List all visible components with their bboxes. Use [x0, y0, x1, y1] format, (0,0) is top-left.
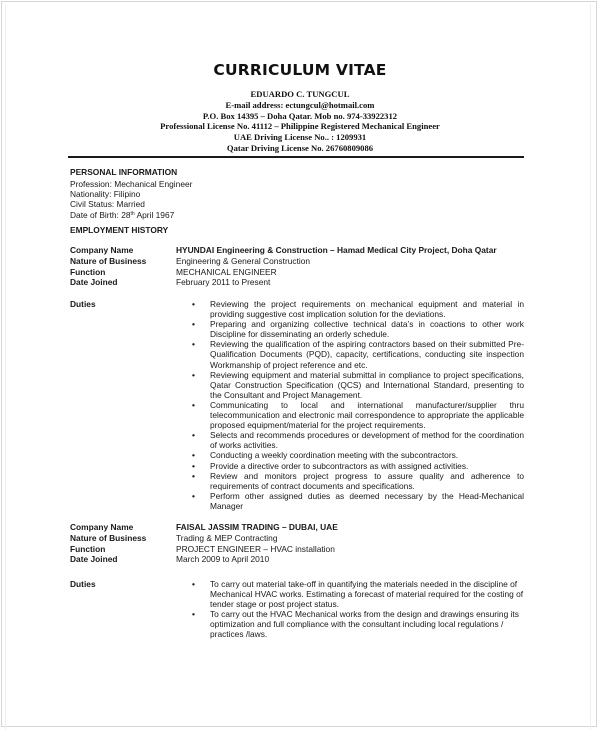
duties-label: Duties: [70, 579, 96, 589]
profession: Profession: Mechanical Engineer: [70, 179, 192, 189]
date-joined: February 2011 to Present: [176, 277, 270, 288]
duty-item: •Conducting a weekly coordination meetin…: [190, 450, 524, 460]
nature-of-business-label: Nature of Business: [70, 533, 176, 544]
duty-text: Reviewing the qualification of the aspir…: [210, 339, 524, 369]
bullet-icon: •: [192, 471, 195, 481]
duty-text: Reviewing equipment and material submitt…: [210, 370, 524, 400]
nationality: Nationality: Filipino: [70, 189, 192, 199]
company-name-label: Company Name: [70, 245, 176, 256]
employment-history-heading: EMPLOYMENT HISTORY: [70, 225, 168, 235]
duty-text: To carry out the HVAC Mechanical works f…: [210, 609, 519, 639]
personal-information: Profession: Mechanical Engineer National…: [70, 179, 192, 220]
date-joined-label: Date Joined: [70, 277, 176, 288]
bullet-icon: •: [192, 579, 195, 589]
duty-item: •Perform other assigned duties as deemed…: [190, 491, 524, 511]
duty-item: •Review and monitors project progress to…: [190, 471, 524, 491]
date-joined-label: Date Joined: [70, 554, 176, 565]
nature-of-business-label: Nature of Business: [70, 256, 176, 267]
date-of-birth: Date of Birth: 28th April 1967: [70, 210, 192, 220]
company-name-label: Company Name: [70, 522, 176, 533]
duty-text: Reviewing the project requirements on me…: [210, 299, 524, 319]
bullet-icon: •: [192, 491, 195, 501]
duty-item: •Selects and recommends procedures or de…: [190, 430, 524, 450]
duty-item: •Preparing and organizing collective tec…: [190, 319, 524, 339]
duty-item: •To carry out material take-off in quant…: [190, 579, 524, 609]
applicant-name: EDUARDO C. TUNGCUL: [0, 89, 600, 100]
job-2-details: Company NameFAISAL JASSIM TRADING – DUBA…: [70, 522, 338, 565]
duty-text: To carry out material take-off in quanti…: [210, 579, 523, 609]
duty-item: •Provide a directive order to subcontrac…: [190, 461, 524, 471]
function-label: Function: [70, 544, 176, 555]
bullet-icon: •: [192, 430, 195, 440]
function: PROJECT ENGINEER – HVAC installation: [176, 544, 335, 555]
duty-text: Perform other assigned duties as deemed …: [210, 491, 524, 511]
duty-text: Provide a directive order to subcontract…: [210, 461, 468, 471]
bullet-icon: •: [192, 319, 195, 329]
bullet-icon: •: [192, 370, 195, 380]
nature-of-business: Trading & MEP Contracting: [176, 533, 277, 544]
contact-header: EDUARDO C. TUNGCUL E-mail address: ectun…: [0, 89, 600, 154]
header-divider: [68, 156, 524, 158]
job-1-details: Company NameHYUNDAI Engineering & Constr…: [70, 245, 497, 288]
qatar-driving-license-line: Qatar Driving License No. 26760809086: [0, 143, 600, 154]
duty-item: •Communicating to local and internationa…: [190, 400, 524, 430]
bullet-icon: •: [192, 299, 195, 309]
job-2-duties-list: •To carry out material take-off in quant…: [190, 579, 524, 640]
date-joined: March 2009 to April 2010: [176, 554, 269, 565]
company-name: HYUNDAI Engineering & Construction – Ham…: [176, 245, 497, 256]
company-name: FAISAL JASSIM TRADING – DUBAI, UAE: [176, 522, 338, 533]
license-line: Professional License No. 41112 – Philipp…: [0, 121, 600, 132]
document-title: CURRICULUM VITAE: [0, 61, 600, 79]
bullet-icon: •: [192, 450, 195, 460]
function: MECHANICAL ENGINEER: [176, 267, 277, 278]
duty-text: Review and monitors project progress to …: [210, 471, 524, 491]
duty-text: Conducting a weekly coordination meeting…: [210, 450, 458, 460]
uae-driving-license-line: UAE Driving License No.. : 1209931: [0, 132, 600, 143]
nature-of-business: Engineering & General Construction: [176, 256, 310, 267]
bullet-icon: •: [192, 609, 195, 619]
address-line: P.O. Box 14395 – Doha Qatar. Mob no. 974…: [0, 111, 600, 122]
bullet-icon: •: [192, 400, 195, 410]
duty-item: •Reviewing the project requirements on m…: [190, 299, 524, 319]
duty-text: Preparing and organizing collective tech…: [210, 319, 524, 339]
civil-status: Civil Status: Married: [70, 199, 192, 209]
bullet-icon: •: [192, 461, 195, 471]
duty-item: •Reviewing the qualification of the aspi…: [190, 339, 524, 369]
dob-month-year: April 1967: [135, 210, 175, 220]
duty-text: Selects and recommends procedures or dev…: [210, 430, 524, 450]
email-line: E-mail address: ectungcul@hotmail.com: [0, 100, 600, 111]
duty-text: Communicating to local and international…: [210, 400, 524, 430]
dob-day: Date of Birth: 28: [70, 210, 131, 220]
duty-item: •To carry out the HVAC Mechanical works …: [190, 609, 524, 639]
function-label: Function: [70, 267, 176, 278]
duty-item: •Reviewing equipment and material submit…: [190, 370, 524, 400]
personal-information-heading: PERSONAL INFORMATION: [70, 167, 177, 177]
duties-label: Duties: [70, 299, 96, 309]
job-1-duties-list: •Reviewing the project requirements on m…: [190, 299, 524, 511]
bullet-icon: •: [192, 339, 195, 349]
